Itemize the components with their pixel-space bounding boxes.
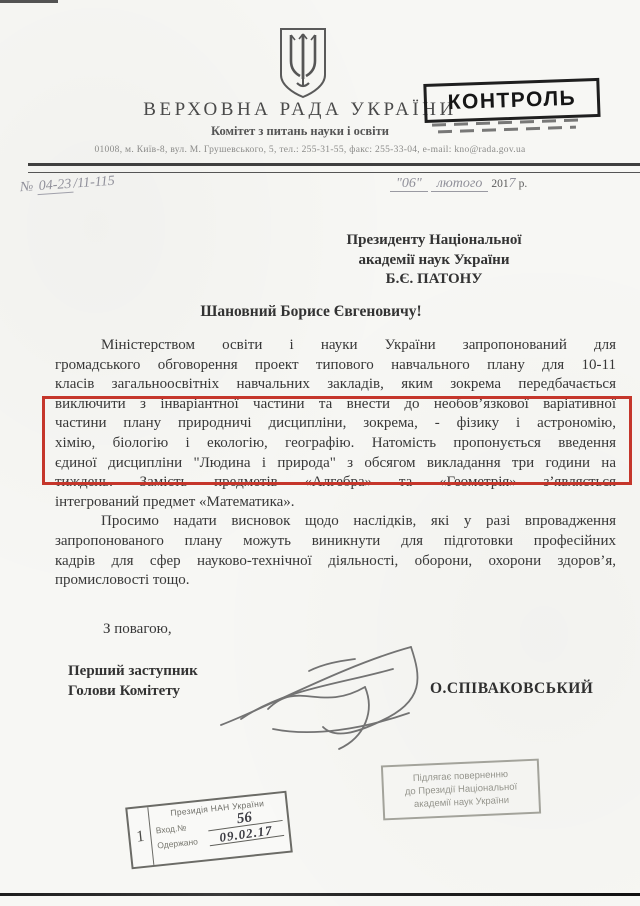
committee-subtitle: Комітет з питань науки і освіти xyxy=(0,124,600,139)
position-line: Перший заступник xyxy=(68,661,198,681)
position-line: Голови Комітету xyxy=(68,681,198,701)
control-stamp: КОНТРОЛЬ xyxy=(423,78,600,123)
signer-name: О.СПІВАКОВСЬКИЙ xyxy=(430,680,593,698)
date-year-handwritten: 7 xyxy=(509,176,516,191)
body-line: Міністерством освіти і науки України зап… xyxy=(55,336,616,356)
body-line: громадського обговорення проект типового… xyxy=(55,356,616,376)
body-line: кадрів для сфер науково-технічної діяльн… xyxy=(55,552,616,572)
address-line: 01008, м. Київ-8, вул. М. Грушевського, … xyxy=(0,145,620,155)
addressee-line: Президенту Національної xyxy=(325,231,543,251)
scan-artifact-bottom xyxy=(0,893,640,896)
addressee-line: Б.Є. ПАТОНУ xyxy=(325,270,543,290)
ref-part1: 04-23 xyxy=(36,177,74,196)
date-year-printed: 201 xyxy=(491,178,508,190)
body-line: промисловості тощо. xyxy=(55,571,616,591)
closing-regards: З повагою, xyxy=(103,621,172,638)
date-month: лютого xyxy=(431,176,489,192)
scan-artifact-top xyxy=(0,0,58,3)
ref-part2: /11-115 xyxy=(73,174,115,192)
addressee-line: академії наук України xyxy=(325,251,543,271)
letterhead-divider xyxy=(28,163,640,173)
date-suffix: р. xyxy=(519,178,528,190)
received-label: Одержано xyxy=(157,835,210,850)
body-line: класів загальноосвітніх навчальних закла… xyxy=(55,375,616,395)
body-line: Просимо надати висновок щодо наслідків, … xyxy=(55,512,616,532)
scanned-letter-page: ВЕРХОВНА РАДА УКРАЇНИ Комітет з питань н… xyxy=(0,0,640,906)
red-highlight-box xyxy=(42,396,632,485)
incoming-registration-stamp: 1 Президія НАН України Вход.№ 56 Одержан… xyxy=(125,791,293,870)
body-line: інтегрований предмет «Математика». xyxy=(55,493,616,513)
addressee-block: Президенту Національної академії наук Ук… xyxy=(325,231,543,290)
return-requirement-stamp: Підлягає поверненню до Президії Націонал… xyxy=(381,759,541,821)
body-line: запропонованого плану можуть виникнути д… xyxy=(55,532,616,552)
ukraine-trident-emblem-icon xyxy=(277,27,329,99)
ref-prefix: № xyxy=(20,179,34,195)
signer-position: Перший заступник Голови Комітету xyxy=(68,661,198,701)
letter-date: "06" лютого 2017 р. xyxy=(390,176,527,192)
handwritten-signature xyxy=(213,627,451,755)
outgoing-reference-number: № 04-23/11-115 xyxy=(20,174,116,197)
date-day: "06" xyxy=(390,176,428,192)
salutation: Шановний Борисе Євгеновичу! xyxy=(55,303,567,321)
